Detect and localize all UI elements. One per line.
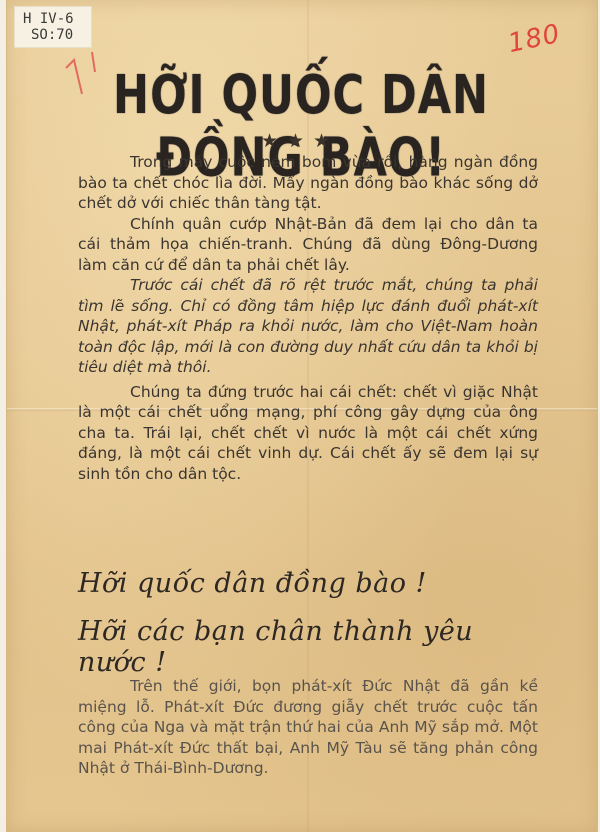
paragraph-2: Chính quân cướp Nhật-Bản đã đem lại cho … xyxy=(78,214,538,276)
three-stars-ornament-icon: ★★★ xyxy=(0,130,600,152)
paragraph-1: Trong mấy cuộc ném bom vừa rồi, hàng ngà… xyxy=(78,152,538,214)
catalog-label-line2: SO:70 xyxy=(23,27,91,43)
slogan-2: Hỡi các bạn chân thành yêu nước ! xyxy=(78,616,548,678)
paragraph-3: Trước cái chết đã rõ rệt trước mắt, chún… xyxy=(78,275,538,378)
body-text-closing: Trên thế giới, bọn phát-xít Đức Nhật đã … xyxy=(78,676,538,779)
slogan-1: Hỡi quốc dân đồng bào ! xyxy=(78,568,548,599)
closing-paragraph: Trên thế giới, bọn phát-xít Đức Nhật đã … xyxy=(78,676,538,779)
body-text-upper: Trong mấy cuộc ném bom vừa rồi, hàng ngà… xyxy=(78,152,538,484)
paragraph-4: Chúng ta đứng trước hai cái chết: chết v… xyxy=(78,382,538,485)
catalog-label-line1: H IV-6 xyxy=(23,11,91,27)
catalog-label: H IV-6 SO:70 xyxy=(14,6,92,48)
